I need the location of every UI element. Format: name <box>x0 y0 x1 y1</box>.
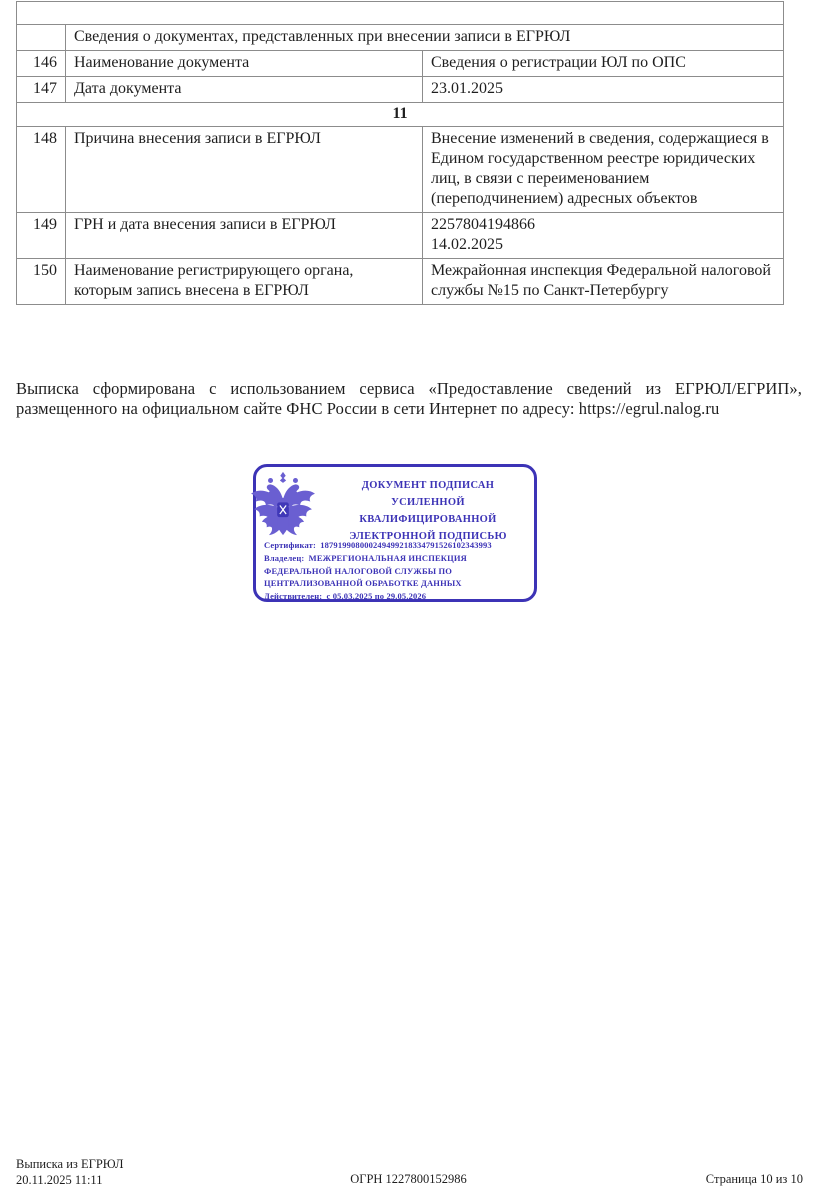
row-number: 147 <box>17 77 66 103</box>
row-number: 149 <box>17 213 66 259</box>
row-number: 148 <box>17 127 66 213</box>
russian-coat-of-arms-icon <box>244 468 322 546</box>
table-row: 148 Причина внесения записи в ЕГРЮЛ Внес… <box>17 127 784 213</box>
row-label: Причина внесения записи в ЕГРЮЛ <box>66 127 423 213</box>
footer-page-number: Страница 10 из 10 <box>706 1172 803 1187</box>
table-row: 149 ГРН и дата внесения записи в ЕГРЮЛ 2… <box>17 213 784 259</box>
certificate-value: 187919908000249499218334791526102343993 <box>320 540 492 550</box>
table-row: 150 Наименование регистрирующего органа,… <box>17 259 784 305</box>
row-label: Наименование документа <box>66 51 423 77</box>
stamp-title: ДОКУМЕНТ ПОДПИСАН УСИЛЕННОЙ КВАЛИФИЦИРОВ… <box>328 477 528 545</box>
row-value: 23.01.2025 <box>423 77 784 103</box>
row-label: Наименование регистрирующего органа, кот… <box>66 259 423 305</box>
row-value: Сведения о регистрации ЮЛ по ОПС <box>423 51 784 77</box>
egrul-records-table: Сведения о документах, представленных пр… <box>16 1 784 305</box>
footer-doc-name: Выписка из ЕГРЮЛ <box>16 1156 124 1172</box>
table-row-continuation <box>17 2 784 25</box>
row-label: ГРН и дата внесения записи в ЕГРЮЛ <box>66 213 423 259</box>
table-row-section-header: Сведения о документах, представленных пр… <box>17 25 784 51</box>
certificate-line: Сертификат: 1879199080002494992183347915… <box>264 539 528 552</box>
stamp-details: Сертификат: 1879199080002494992183347915… <box>264 539 528 603</box>
row-number: 146 <box>17 51 66 77</box>
section-number-cell: 11 <box>17 103 784 127</box>
digital-signature-stamp: ДОКУМЕНТ ПОДПИСАН УСИЛЕННОЙ КВАЛИФИЦИРОВ… <box>253 464 537 602</box>
table-row: 147 Дата документа 23.01.2025 <box>17 77 784 103</box>
stamp-title-line: УСИЛЕННОЙ КВАЛИФИЦИРОВАННОЙ <box>328 494 528 528</box>
certificate-label: Сертификат: <box>264 540 316 550</box>
row-value: 2257804194866 14.02.2025 <box>423 213 784 259</box>
row-value: Внесение изменений в сведения, содержащи… <box>423 127 784 213</box>
table-row-section-number: 11 <box>17 103 784 127</box>
table-row: 146 Наименование документа Сведения о ре… <box>17 51 784 77</box>
empty-continuation-cell <box>17 2 784 25</box>
row-number: 150 <box>17 259 66 305</box>
footer-ogrn: ОГРН 1227800152986 <box>0 1172 817 1187</box>
stamp-title-line: ДОКУМЕНТ ПОДПИСАН <box>328 477 528 494</box>
validity-label: Действителен: <box>264 591 322 601</box>
row-value: Межрайонная инспекция Федеральной налого… <box>423 259 784 305</box>
validity-line: Действителен: с 05.03.2025 по 29.05.2026 <box>264 590 528 603</box>
owner-label: Владелец: <box>264 553 304 563</box>
row-label: Дата документа <box>66 77 423 103</box>
document-page: Сведения о документах, представленных пр… <box>0 0 817 1200</box>
extract-service-notice: Выписка сформирована с использованием се… <box>16 379 802 420</box>
section-header-cell: Сведения о документах, представленных пр… <box>66 25 784 51</box>
validity-value: с 05.03.2025 по 29.05.2026 <box>327 591 427 601</box>
row-number-cell <box>17 25 66 51</box>
owner-line: Владелец: МЕЖРЕГИОНАЛЬНАЯ ИНСПЕКЦИЯ ФЕДЕ… <box>264 552 528 590</box>
